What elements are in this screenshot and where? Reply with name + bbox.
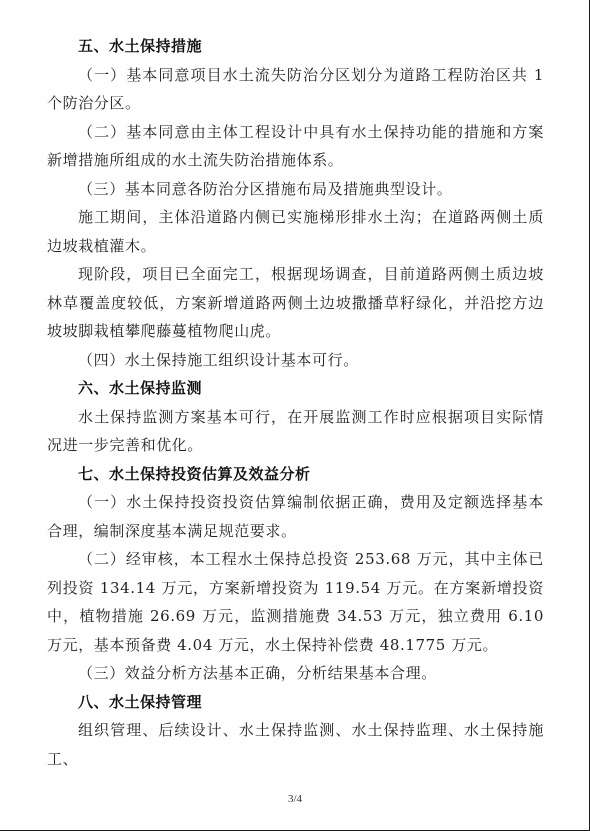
paragraph-current-stage: 现阶段，项目已全面完工，根据现场调查，目前道路两侧土质边坡林草覆盖度较低，方案新… [47, 260, 544, 346]
paragraph-5-3: （三）基本同意各防治分区措施布局及措施典型设计。 [47, 175, 544, 204]
document-body: 五、水土保持措施 （一）基本同意项目水土流失防治分区划分为道路工程防治区共 1 … [47, 32, 544, 773]
paragraph-management: 组织管理、后续设计、水土保持监测、水土保持监理、水土保持施工、 [47, 716, 544, 773]
page-number: 3/4 [0, 793, 590, 805]
paragraph-5-1: （一）基本同意项目水土流失防治分区划分为道路工程防治区共 1 个防治分区。 [47, 61, 544, 118]
paragraph-7-1: （一）水土保持投资投资估算编制依据正确，费用及定额选择基本合理，编制深度基本满足… [47, 488, 544, 545]
section-heading-5: 五、水土保持措施 [47, 32, 544, 61]
section-heading-7: 七、水土保持投资估算及效益分析 [47, 460, 544, 489]
section-heading-6: 六、水土保持监测 [47, 374, 544, 403]
paragraph-7-3: （三）效益分析方法基本正确，分析结果基本合理。 [47, 659, 544, 688]
paragraph-5-4: （四）水土保持施工组织设计基本可行。 [47, 346, 544, 375]
document-page: 五、水土保持措施 （一）基本同意项目水土流失防治分区划分为道路工程防治区共 1 … [0, 0, 590, 831]
paragraph-construction-period: 施工期间，主体沿道路内侧已实施梯形排水土沟；在道路两侧土质边坡栽植灌木。 [47, 203, 544, 260]
paragraph-5-2: （二）基本同意由主体工程设计中具有水土保持功能的措施和方案新增措施所组成的水土流… [47, 118, 544, 175]
section-heading-8: 八、水土保持管理 [47, 688, 544, 717]
paragraph-monitoring: 水土保持监测方案基本可行，在开展监测工作时应根据项目实际情况进一步完善和优化。 [47, 403, 544, 460]
paragraph-7-2-investment: （二）经审核，本工程水土保持总投资 253.68 万元，其中主体已列投资 134… [47, 545, 544, 659]
